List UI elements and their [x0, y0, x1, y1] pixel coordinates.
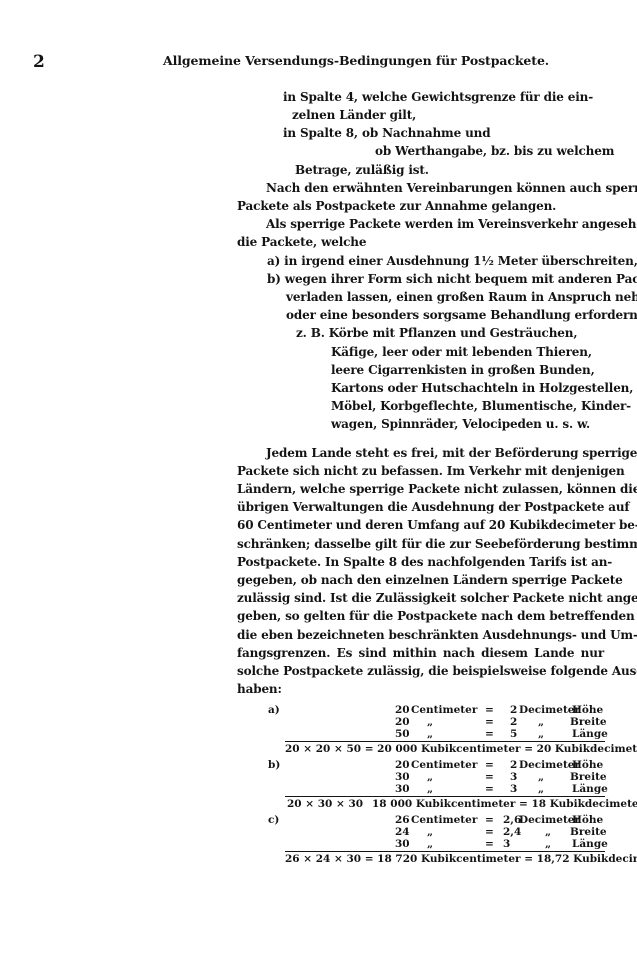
total-product: 20 × 30 × 30 — [287, 798, 363, 810]
text-line: zulässig sind. Ist die Zulässigkeit solc… — [237, 591, 604, 606]
dm-unit: Decimeter — [519, 704, 580, 716]
text-line: übrigen Verwaltungen die Ausdehnung der … — [237, 500, 604, 515]
sum-rule — [285, 741, 605, 742]
text-line: Ländern, welche sperrige Packete nicht z… — [237, 482, 604, 497]
dimension: Breite — [570, 716, 607, 728]
text-line: die eben bezeichneten beschränkten Ausde… — [237, 628, 604, 643]
cm-unit: „ — [427, 716, 433, 728]
text-line: Kartons oder Hutschachteln in Holzgestel… — [331, 381, 633, 396]
dimension: Breite — [570, 826, 607, 838]
dimension: Höhe — [572, 704, 603, 716]
dimension: Länge — [572, 838, 608, 850]
cm-unit: „ — [427, 771, 433, 783]
cm-value: 20 — [395, 704, 410, 716]
text-line: geben, so gelten für die Postpackete nac… — [237, 609, 604, 624]
text-line: oder eine besonders sorgsame Behandlung … — [286, 308, 604, 323]
total-line: 26 × 24 × 30 = 18 720 Kubikcentimeter = … — [285, 853, 637, 865]
cm-unit: Centimeter — [411, 759, 477, 771]
text-line: ob Werthangabe, bz. bis zu welchem — [375, 144, 614, 159]
dm-value: 2 — [510, 759, 517, 771]
text-line: in Spalte 4, welche Gewichtsgrenze für d… — [283, 90, 593, 105]
text-line: Käfige, leer oder mit lebenden Thieren, — [331, 345, 592, 360]
dimension: Höhe — [572, 814, 603, 826]
cm-value: 26 — [395, 814, 410, 826]
sum-rule — [285, 851, 605, 852]
text-line: Jedem Lande steht es frei, mit der Beför… — [266, 446, 604, 461]
text-line: die Packete, welche — [237, 235, 366, 250]
dm-unit: „ — [545, 826, 551, 838]
page-number: 2 — [33, 52, 45, 72]
text-line: wagen, Spinnräder, Velocipeden u. s. w. — [331, 417, 590, 432]
list-item-a: a) in irgend einer Ausdehnung 1½ Meter ü… — [267, 254, 604, 269]
text-line: Postpackete. In Spalte 8 des nachfolgend… — [237, 555, 604, 570]
cm-value: 24 — [395, 826, 410, 838]
cm-value: 30 — [395, 771, 410, 783]
total-line: 20 × 20 × 50 = 20 000 Kubikcentimeter = … — [285, 743, 637, 755]
equals: = — [485, 838, 494, 850]
dm-value: 3 — [503, 838, 510, 850]
text-line: leere Cigarrenkisten in großen Bunden, — [331, 363, 595, 378]
text-line: schränken; dasselbe gilt für die zur See… — [237, 537, 604, 552]
dm-unit: „ — [538, 716, 544, 728]
equals: = — [485, 783, 494, 795]
text-line: zelnen Länder gilt, — [292, 108, 416, 123]
dm-unit: Decimeter — [519, 814, 580, 826]
text-line: verladen lassen, einen großen Raum in An… — [286, 290, 604, 305]
text-line: Betrage, zuläßig ist. — [295, 163, 429, 178]
text-line: gegeben, ob nach den einzelnen Ländern s… — [237, 573, 604, 588]
dm-unit: „ — [538, 728, 544, 740]
cm-unit: „ — [427, 838, 433, 850]
text-line: Möbel, Korbgeflechte, Blumentische, Kind… — [331, 399, 604, 414]
dm-unit: Decimeter — [519, 759, 580, 771]
cm-value: 30 — [395, 838, 410, 850]
dm-value: 5 — [510, 728, 517, 740]
cm-unit: „ — [427, 728, 433, 740]
dm-unit: „ — [538, 783, 544, 795]
text-line: 60 Centimeter und deren Umfang auf 20 Ku… — [237, 518, 604, 533]
text-line: z. B. Körbe mit Pflanzen und Gesträuchen… — [296, 326, 577, 341]
example-label: b) — [268, 759, 280, 771]
dm-value: 3 — [510, 771, 517, 783]
example-label: c) — [268, 814, 279, 826]
dm-value: 3 — [510, 783, 517, 795]
text-line: haben: — [237, 682, 282, 697]
cm-unit: Centimeter — [411, 814, 477, 826]
list-item-b: b) wegen ihrer Form sich nicht bequem mi… — [267, 272, 604, 287]
dm-value: 2,4 — [503, 826, 521, 838]
dimension: Länge — [572, 728, 608, 740]
equals: = — [485, 771, 494, 783]
sum-rule — [285, 796, 605, 797]
cm-unit: Centimeter — [411, 704, 477, 716]
equals: = — [485, 716, 494, 728]
equals: = — [485, 704, 494, 716]
cm-unit: „ — [427, 826, 433, 838]
cm-value: 20 — [395, 716, 410, 728]
dm-value: 2 — [510, 704, 517, 716]
equals: = — [485, 814, 494, 826]
dimension: Breite — [570, 771, 607, 783]
text-line: fangsgrenzen. Es sind mithin nach diesem… — [237, 646, 604, 661]
cm-value: 20 — [395, 759, 410, 771]
cm-value: 50 — [395, 728, 410, 740]
dm-value: 2 — [510, 716, 517, 728]
text-line: in Spalte 8, ob Nachnahme und — [283, 126, 490, 141]
text-line: solche Postpackete zulässig, die beispie… — [237, 664, 604, 679]
dimension: Länge — [572, 783, 608, 795]
equals: = — [485, 826, 494, 838]
text-line: Nach den erwähnten Vereinbarungen können… — [266, 181, 604, 196]
running-head: Allgemeine Versendungs-Bedingungen für P… — [163, 53, 549, 68]
cm-unit: „ — [427, 783, 433, 795]
text-line: Als sperrige Packete werden im Vereinsve… — [266, 217, 604, 232]
total-result: 18 000 Kubikcentimeter = 18 Kubikdecimet… — [372, 798, 637, 810]
cm-value: 30 — [395, 783, 410, 795]
equals: = — [485, 728, 494, 740]
dm-unit: „ — [545, 838, 551, 850]
text-line: Packete sich nicht zu befassen. Im Verke… — [237, 464, 604, 479]
equals: = — [485, 759, 494, 771]
example-label: a) — [268, 704, 280, 716]
dm-unit: „ — [538, 771, 544, 783]
text-line: Packete als Postpackete zur Annahme gela… — [237, 199, 556, 214]
dimension: Höhe — [572, 759, 603, 771]
